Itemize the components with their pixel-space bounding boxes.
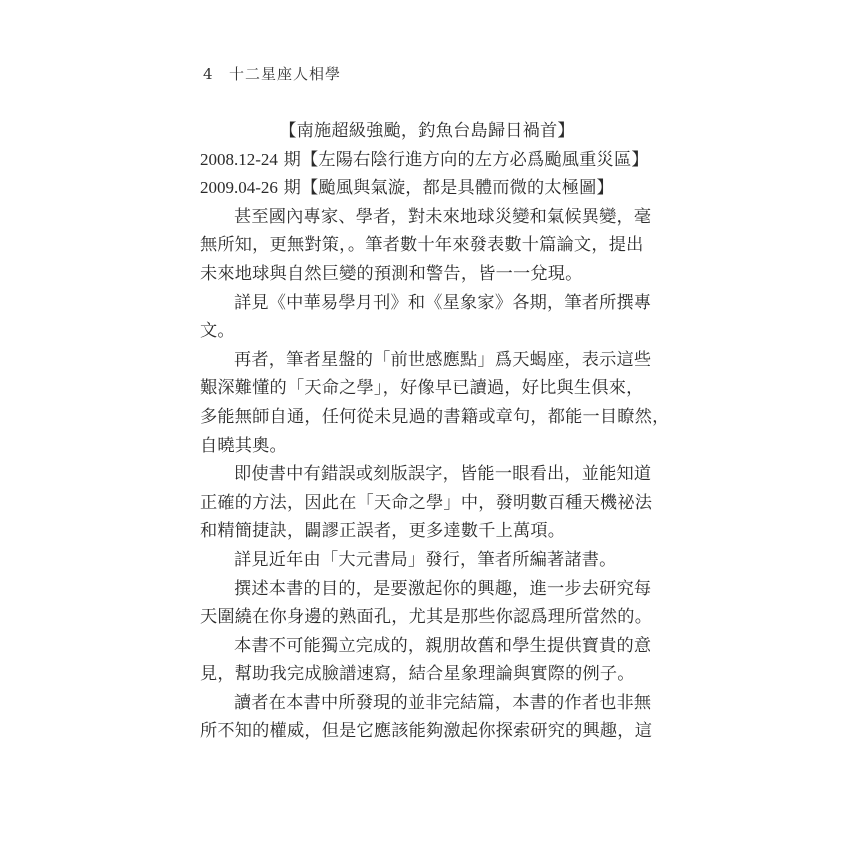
paragraph-line: 即使書中有錯誤或刻版誤字，皆能一眼看出，並能知道 bbox=[200, 460, 654, 489]
line-text: 艱深難懂的「天命之學」，好像早已讀過，好比與生俱來， bbox=[200, 378, 643, 398]
line-text: 未來地球與自然巨變的預測和警告，皆一一兌現。 bbox=[200, 264, 583, 284]
paragraph-line: 詳見近年由「大元書局」發行，筆者所編著諸書。 bbox=[200, 546, 654, 575]
line-text: 天圍繞在你身邊的熟面孔，尤其是那些你認爲理所當然的。 bbox=[200, 607, 652, 627]
paragraph-line: 和精簡捷訣，闢謬正誤者，更多達數千上萬項。 bbox=[200, 517, 654, 546]
line-text: 甚至國內專家、學者，對未來地球災變和氣候異變，毫 bbox=[234, 207, 651, 227]
paragraph-line: 見，幫助我完成臉譜速寫，結合星象理論與實際的例子。 bbox=[200, 660, 654, 689]
line-text: 文。 bbox=[200, 321, 235, 341]
paragraph-line: 無所知，更無對策，。筆者數十年來發表數十篇論文，提出 bbox=[200, 231, 654, 260]
line-text: 無所知，更無對策，。筆者數十年來發表數十篇論文，提出 bbox=[200, 235, 643, 255]
book-page: 4十二星座人相學 【南施超級強颱，釣魚台島歸日禍首】 2008.12-24 期【… bbox=[200, 0, 654, 850]
paragraph-line: 所不知的權威，但是它應該能夠激起你探索研究的興趣，這 bbox=[200, 717, 654, 746]
book-title: 十二星座人相學 bbox=[229, 65, 341, 83]
paragraph-line: 多能無師自通，任何從未見過的書籍或章句，都能一目瞭然， bbox=[200, 403, 654, 432]
line-text: 所不知的權威，但是它應該能夠激起你探索研究的興趣，這 bbox=[200, 721, 652, 741]
paragraph-line: 未來地球與自然巨變的預測和警告，皆一一兌現。 bbox=[200, 260, 654, 289]
line-text: 再者，筆者星盤的「前世感應點」爲天蝎座，表示這些 bbox=[234, 350, 651, 370]
paragraph-line: 撰述本書的目的，是要激起你的興趣，進一步去研究每 bbox=[200, 575, 654, 604]
body-text: 【南施超級強颱，釣魚台島歸日禍首】 2008.12-24 期【左陽右陰行進方向的… bbox=[200, 117, 654, 746]
line-text: 正確的方法，因此在「天命之學」中，發明數百種天機祕法 bbox=[200, 493, 652, 513]
line-text: 見，幫助我完成臉譜速寫，結合星象理論與實際的例子。 bbox=[200, 664, 635, 684]
line-text: 詳見近年由「大元書局」發行，筆者所編著諸書。 bbox=[234, 550, 617, 570]
paragraph-line: 艱深難懂的「天命之學」，好像早已讀過，好比與生俱來， bbox=[200, 374, 654, 403]
line-text: 詳見《中華易學月刊》和《星象家》各期，筆者所撰專 bbox=[234, 293, 651, 313]
paragraph-line: 甚至國內專家、學者，對未來地球災變和氣候異變，毫 bbox=[200, 203, 654, 232]
line-text: 讀者在本書中所發現的並非完結篇，本書的作者也非無 bbox=[234, 693, 651, 713]
issue-date: 2009.04-26 bbox=[200, 178, 278, 197]
paragraph-line: 再者，筆者星盤的「前世感應點」爲天蝎座，表示這些 bbox=[200, 346, 654, 375]
paragraph-line: 本書不可能獨立完成的，親朋故舊和學生提供寶貴的意 bbox=[200, 632, 654, 661]
heading-line: 【南施超級強颱，釣魚台島歸日禍首】 bbox=[200, 117, 654, 146]
line-text: 和精簡捷訣，闢謬正誤者，更多達數千上萬項。 bbox=[200, 521, 565, 541]
paragraph-line: 天圍繞在你身邊的熟面孔，尤其是那些你認爲理所當然的。 bbox=[200, 603, 654, 632]
dated-reference-line: 2008.12-24 期【左陽右陰行進方向的左方必爲颱風重災區】 bbox=[200, 146, 654, 175]
paragraph-line: 詳見《中華易學月刊》和《星象家》各期，筆者所撰專 bbox=[200, 289, 654, 318]
line-text: 期【颱風與氣漩，都是具體而微的太極圖】 bbox=[278, 178, 614, 198]
line-text: 撰述本書的目的，是要激起你的興趣，進一步去研究每 bbox=[234, 579, 651, 599]
paragraph-line: 讀者在本書中所發現的並非完結篇，本書的作者也非無 bbox=[200, 689, 654, 718]
line-text: 多能無師自通，任何從未見過的書籍或章句，都能一目瞭然， bbox=[200, 407, 669, 427]
issue-date: 2008.12-24 bbox=[200, 150, 278, 169]
paragraph-line: 文。 bbox=[200, 317, 654, 346]
running-header: 4十二星座人相學 bbox=[203, 63, 341, 84]
line-text: 本書不可能獨立完成的，親朋故舊和學生提供寶貴的意 bbox=[234, 636, 651, 656]
page-number: 4 bbox=[203, 65, 229, 83]
dated-reference-line: 2009.04-26 期【颱風與氣漩，都是具體而微的太極圖】 bbox=[200, 174, 654, 203]
line-text: 【南施超級強颱，釣魚台島歸日禍首】 bbox=[279, 121, 575, 141]
paragraph-line: 自曉其奧。 bbox=[200, 432, 654, 461]
line-text: 即使書中有錯誤或刻版誤字，皆能一眼看出，並能知道 bbox=[234, 464, 651, 484]
line-text: 自曉其奧。 bbox=[200, 436, 287, 456]
line-text: 期【左陽右陰行進方向的左方必爲颱風重災區】 bbox=[278, 150, 649, 170]
paragraph-line: 正確的方法，因此在「天命之學」中，發明數百種天機祕法 bbox=[200, 489, 654, 518]
